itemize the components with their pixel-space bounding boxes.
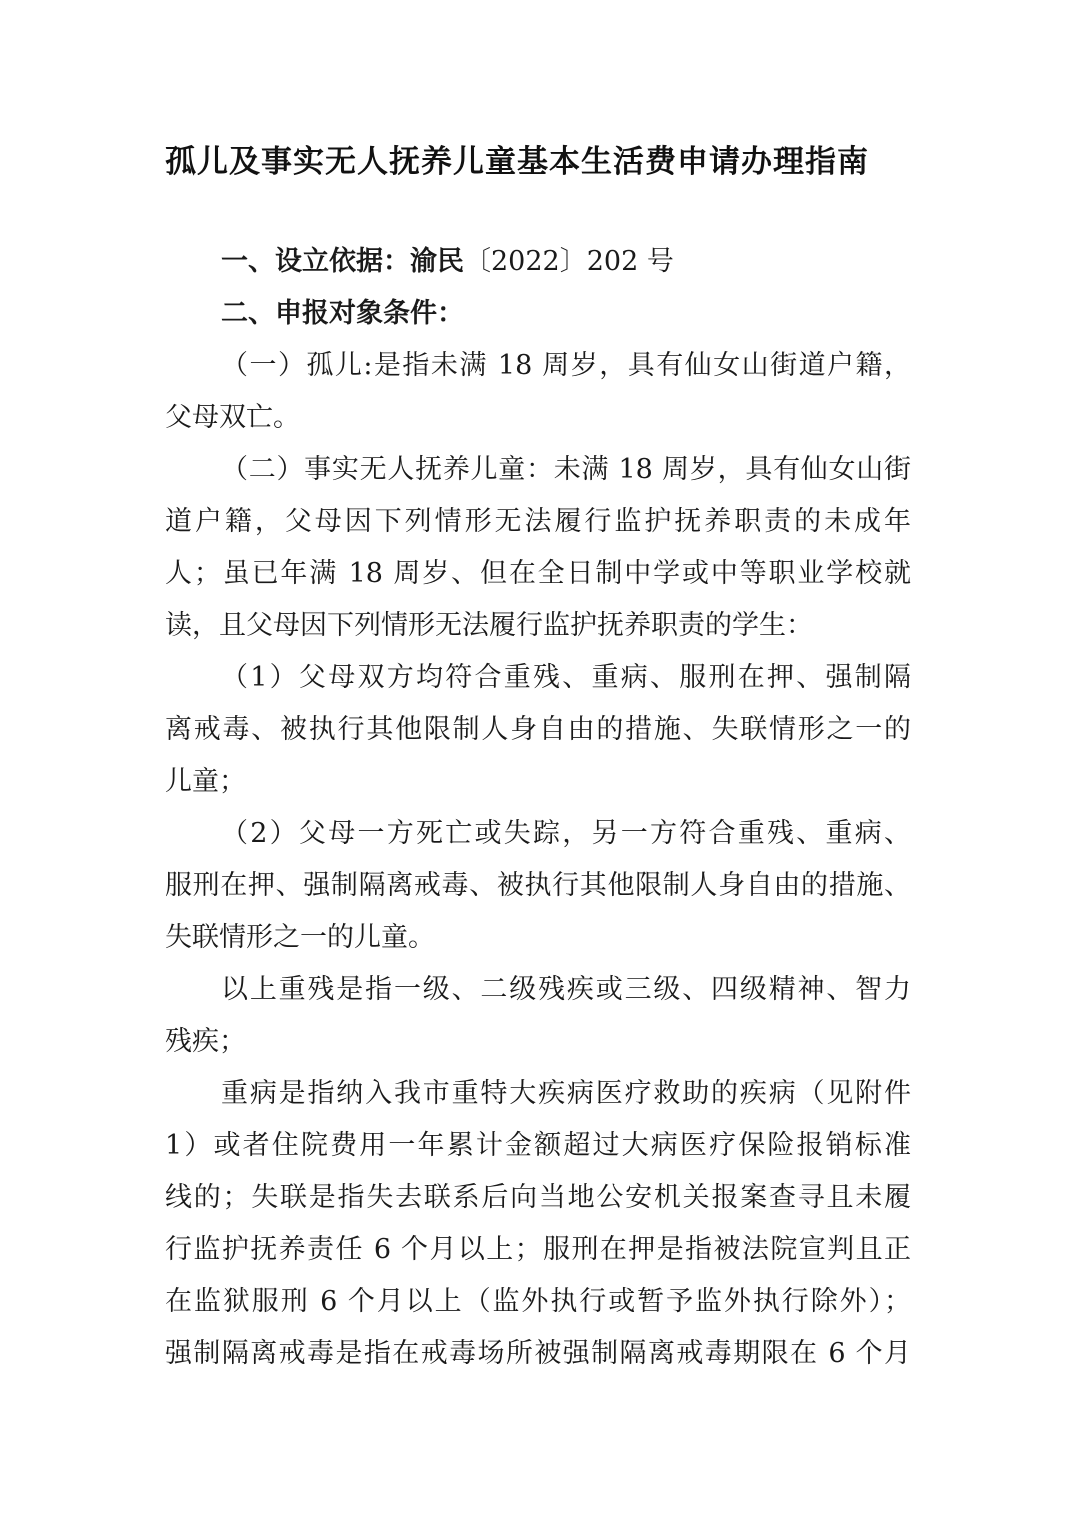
document-title: 孤儿及事实无人抚养儿童基本生活费申请办理指南	[165, 136, 911, 181]
paragraph-line: 以上重残是指一级、二级残疾或三级、四级精神、智力	[221, 970, 911, 1010]
paragraph-line: （一）孤儿:是指未满 18 周岁，具有仙女山街道户籍，	[221, 346, 911, 386]
paragraph-line: 失联情形之一的儿童。	[165, 918, 911, 958]
paragraph-line: 行监护抚养责任 6 个月以上；服刑在押是指被法院宣判且正	[165, 1230, 911, 1270]
paragraph-line: （1）父母双方均符合重残、重病、服刑在押、强制隔	[221, 658, 911, 698]
paragraph-line: 重病是指纳入我市重特大疾病医疗救助的疾病（见附件	[221, 1074, 911, 1114]
paragraph-line: （2）父母一方死亡或失踪，另一方符合重残、重病、	[221, 814, 911, 854]
paragraph-line: 人；虽已年满 18 周岁、但在全日制中学或中等职业学校就	[165, 554, 911, 594]
paragraph-line: 儿童；	[165, 762, 911, 802]
paragraph-line: 1）或者住院费用一年累计金额超过大病医疗保险报销标准	[165, 1126, 911, 1166]
paragraph-line: （二）事实无人抚养儿童：未满 18 周岁，具有仙女山街	[221, 450, 911, 490]
section-eligibility-heading: 二、申报对象条件：	[221, 294, 911, 334]
section-basis-label: 一、设立依据：渝民	[221, 246, 464, 277]
paragraph-line: 强制隔离戒毒是指在戒毒场所被强制隔离戒毒期限在 6 个月	[165, 1334, 911, 1374]
paragraph-line: 道户籍，父母因下列情形无法履行监护抚养职责的未成年	[165, 502, 911, 542]
paragraph-line: 离戒毒、被执行其他限制人身自由的措施、失联情形之一的	[165, 710, 911, 750]
paragraph-line: 读，且父母因下列情形无法履行监护抚养职责的学生：	[165, 606, 911, 646]
section-basis-ref: 〔2022〕202 号	[464, 246, 674, 277]
paragraph-line: 服刑在押、强制隔离戒毒、被执行其他限制人身自由的措施、	[165, 866, 911, 906]
paragraph-line: 线的；失联是指失去联系后向当地公安机关报案查寻且未履	[165, 1178, 911, 1218]
paragraph-line: 残疾；	[165, 1022, 911, 1062]
paragraph-line: 父母双亡。	[165, 398, 911, 438]
section-basis-heading: 一、设立依据：渝民〔2022〕202 号	[221, 242, 911, 282]
paragraph-line: 在监狱服刑 6 个月以上（监外执行或暂予监外执行除外）；	[165, 1282, 911, 1322]
